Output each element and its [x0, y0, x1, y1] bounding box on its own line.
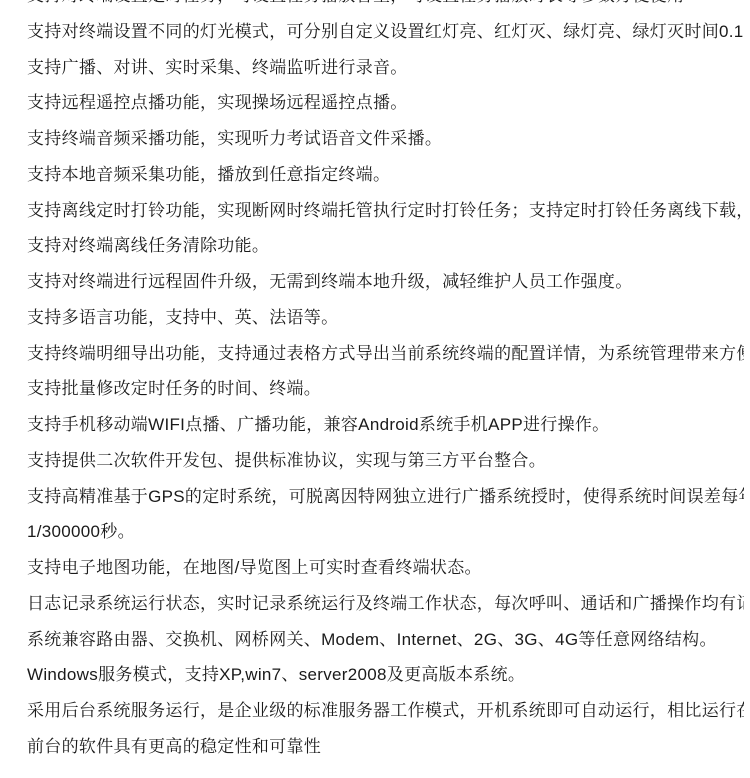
- feature-line: 支持提供二次软件开发包、提供标准协议，实现与第三方平台整合。: [27, 443, 744, 479]
- feature-line: 支持高精准基于GPS的定时系统，可脱离因特网独立进行广播系统授时，使得系统时间误…: [27, 479, 744, 515]
- feature-list-content: 支持对终端设置定时任务，可设置任务播放音量，可设置任务播放时长等参数方便使用 支…: [27, 0, 744, 765]
- feature-line: 支持终端音频采播功能，实现听力考试语音文件采播。: [27, 121, 744, 157]
- feature-line: 采用后台系统服务运行，是企业级的标准服务器工作模式，开机系统即可自动运行，相比运…: [27, 693, 744, 729]
- feature-list-page: 支持对终端设置定时任务，可设置任务播放音量，可设置任务播放时长等参数方便使用 支…: [0, 0, 750, 778]
- feature-line: 支持批量修改定时任务的时间、终端。: [27, 371, 744, 407]
- feature-line: 支持对终端离线任务清除功能。: [27, 228, 744, 264]
- feature-line: 1/300000秒。: [27, 514, 744, 550]
- feature-line: 前台的软件具有更高的稳定性和可靠性: [27, 729, 744, 765]
- feature-line: 支持多语言功能，支持中、英、法语等。: [27, 300, 744, 336]
- feature-line: 系统兼容路由器、交换机、网桥网关、Modem、Internet、2G、3G、4G…: [27, 622, 744, 658]
- feature-line: 支持电子地图功能，在地图/导览图上可实时查看终端状态。: [27, 550, 744, 586]
- feature-line: 支持手机移动端WIFI点播、广播功能，兼容Android系统手机APP进行操作。: [27, 407, 744, 443]
- feature-line: 支持广播、对讲、实时采集、终端监听进行录音。: [27, 50, 744, 86]
- feature-line: 支持远程遥控点播功能，实现操场远程遥控点播。: [27, 85, 744, 121]
- truncated-top-line: 支持对终端设置定时任务，可设置任务播放音量，可设置任务播放时长等参数方便使用: [27, 0, 744, 14]
- feature-line: 支持对终端进行远程固件升级，无需到终端本地升级，减轻维护人员工作强度。: [27, 264, 744, 300]
- feature-line: 日志记录系统运行状态，实时记录系统运行及终端工作状态，每次呼叫、通话和广播操作均…: [27, 586, 744, 622]
- feature-line: 支持对终端设置不同的灯光模式，可分别自定义设置红灯亮、红灯灭、绿灯亮、绿灯灭时间…: [27, 14, 744, 50]
- feature-line: 支持离线定时打铃功能，实现断网时终端托管执行定时打铃任务；支持定时打铃任务离线下…: [27, 193, 744, 229]
- feature-line: Windows服务模式，支持XP,win7、server2008及更高版本系统。: [27, 657, 744, 693]
- feature-line: 支持终端明细导出功能，支持通过表格方式导出当前系统终端的配置详情，为系统管理带来…: [27, 336, 744, 372]
- feature-line: 支持本地音频采集功能，播放到任意指定终端。: [27, 157, 744, 193]
